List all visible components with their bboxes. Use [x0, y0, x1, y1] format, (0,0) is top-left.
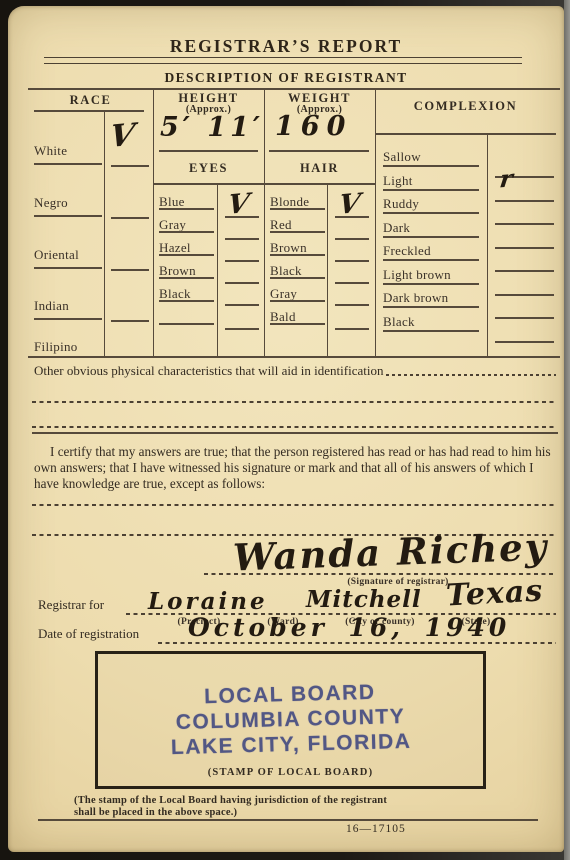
- date-value-handwritten: October 16, 1940: [188, 613, 510, 642]
- eyes-row-rule: [159, 323, 214, 325]
- hair-check-rule: [335, 260, 369, 262]
- complexion-header: COMPLEXION: [375, 99, 556, 114]
- eyes-check-rule: [225, 304, 259, 306]
- complexion-row-rule: [383, 165, 479, 167]
- stamp-instruction-note: (The stamp of the Local Board having jur…: [74, 795, 544, 819]
- race-option-negro: Negro: [34, 195, 68, 211]
- complexion-check-rule: [495, 200, 554, 202]
- hair-row-rule: [270, 300, 325, 302]
- complexion-option-ruddy: Ruddy: [383, 196, 419, 212]
- fill-in-line: [386, 374, 556, 376]
- race-option-white: White: [34, 143, 67, 159]
- race-option-filipino: Filipino: [34, 339, 78, 355]
- complexion-option-sallow: Sallow: [383, 149, 421, 165]
- title-double-rule: [44, 57, 522, 64]
- hair-check-rule: [335, 238, 369, 240]
- race-option-oriental: Oriental: [34, 247, 79, 263]
- race-row-rule: [34, 163, 102, 165]
- eyes-row-rule: [159, 254, 214, 256]
- precinct-value-handwritten: Loraine: [148, 588, 268, 615]
- complexion-header-rule: [375, 133, 556, 135]
- race-check-rule: [111, 269, 149, 271]
- hair-header: HAIR: [264, 161, 375, 176]
- eyes-blue-checkmark: V: [226, 188, 251, 221]
- scan-edge: [564, 0, 570, 860]
- complexion-check-rule: [495, 294, 554, 296]
- eyes-row-rule: [159, 231, 214, 233]
- table-bottom-rule: [28, 356, 560, 358]
- hair-row-rule: [270, 254, 325, 256]
- stamp-note-line-1: (The stamp of the Local Board having jur…: [74, 795, 544, 807]
- certification-text: I certify that my answers are true; that…: [34, 444, 552, 492]
- table-top-rule: [28, 88, 560, 90]
- stamp-box: LOCAL BOARD COLUMBIA COUNTY LAKE CITY, F…: [95, 651, 486, 789]
- hair-blonde-checkmark: V: [337, 188, 362, 221]
- race-row-rule: [34, 267, 102, 269]
- fill-in-line: [32, 504, 556, 506]
- hair-check-rule: [335, 282, 369, 284]
- complexion-row-rule: [383, 283, 479, 285]
- race-header-rule: [34, 110, 144, 112]
- footer-rule: [38, 819, 538, 821]
- eyes-check-rule: [225, 260, 259, 262]
- table-divider: [153, 88, 154, 356]
- section-rule: [32, 432, 558, 434]
- complexion-row-rule: [383, 189, 479, 191]
- race-header: RACE: [28, 93, 153, 108]
- complexion-light-checkmark: r: [498, 164, 514, 194]
- stamp-note-line-2: shall be placed in the above space.): [74, 807, 544, 819]
- race-check-rule: [111, 217, 149, 219]
- complexion-row-rule: [383, 259, 479, 261]
- height-writing-line: [159, 150, 258, 152]
- weight-value-handwritten: 160: [275, 111, 352, 142]
- state-value-handwritten: Texas: [445, 573, 544, 613]
- table-divider: [375, 88, 376, 356]
- form-number: 16—17105: [346, 823, 406, 835]
- eyes-row-rule: [159, 277, 214, 279]
- page-title: REGISTRAR’S REPORT: [8, 36, 564, 57]
- eyes-check-rule: [225, 238, 259, 240]
- race-row-rule: [34, 215, 102, 217]
- eyes-check-rule: [225, 282, 259, 284]
- weight-writing-line: [269, 150, 369, 152]
- race-option-indian: Indian: [34, 298, 69, 314]
- hair-check-divider: [327, 183, 328, 356]
- complexion-row-rule: [383, 236, 479, 238]
- race-check-divider: [104, 110, 105, 356]
- section-title: DESCRIPTION OF REGISTRANT: [8, 70, 564, 86]
- eyes-header-rule: [153, 183, 264, 185]
- other-characteristics-label: Other obvious physical characteristics t…: [34, 363, 383, 379]
- registrar-for-label: Registrar for: [38, 597, 104, 613]
- eyes-row-rule: [159, 208, 214, 210]
- complexion-check-rule: [495, 247, 554, 249]
- date-line: [158, 642, 556, 644]
- complexion-option-light-brown: Light brown: [383, 267, 451, 283]
- race-check-rule: [111, 320, 149, 322]
- other-characteristics-row: Other obvious physical characteristics t…: [34, 363, 556, 379]
- complexion-option-dark-brown: Dark brown: [383, 290, 448, 306]
- table-divider: [264, 88, 265, 356]
- complexion-check-rule: [495, 317, 554, 319]
- complexion-option-dark: Dark: [383, 220, 410, 236]
- complexion-check-rule: [495, 341, 554, 343]
- complexion-option-freckled: Freckled: [383, 243, 431, 259]
- eyes-header: EYES: [153, 161, 264, 176]
- complexion-check-rule: [495, 223, 554, 225]
- complexion-row-rule: [383, 212, 479, 214]
- race-row-rule: [34, 318, 102, 320]
- complexion-row-rule: [383, 330, 479, 332]
- hair-check-rule: [335, 328, 369, 330]
- city-value-handwritten: Mitchell: [306, 586, 422, 613]
- height-value-handwritten: 5′ 11′: [160, 112, 264, 143]
- hair-row-rule: [270, 231, 325, 233]
- complexion-check-rule: [495, 270, 554, 272]
- registrar-signature-handwritten: Wanda Richey: [232, 525, 549, 580]
- eyes-check-divider: [217, 183, 218, 356]
- hair-check-rule: [335, 304, 369, 306]
- complexion-check-divider: [487, 133, 488, 356]
- hair-row-rule: [270, 277, 325, 279]
- date-of-registration-label: Date of registration: [38, 626, 139, 642]
- stamp-box-caption: (STAMP OF LOCAL BOARD): [98, 767, 483, 778]
- eyes-check-rule: [225, 328, 259, 330]
- hair-header-rule: [264, 183, 375, 185]
- hair-row-rule: [270, 323, 325, 325]
- hair-row-rule: [270, 208, 325, 210]
- complexion-option-black: Black: [383, 314, 415, 330]
- local-board-stamp: LOCAL BOARD COLUMBIA COUNTY LAKE CITY, F…: [97, 677, 484, 762]
- fill-in-line: [32, 426, 556, 428]
- race-check-rule: [111, 165, 149, 167]
- race-white-checkmark: V: [108, 117, 137, 155]
- complexion-row-rule: [383, 306, 479, 308]
- scanned-document: REGISTRAR’S REPORT DESCRIPTION OF REGIST…: [0, 0, 570, 860]
- fill-in-line: [32, 401, 556, 403]
- complexion-option-light: Light: [383, 173, 413, 189]
- eyes-row-rule: [159, 300, 214, 302]
- registrar-report-card: REGISTRAR’S REPORT DESCRIPTION OF REGIST…: [8, 6, 564, 852]
